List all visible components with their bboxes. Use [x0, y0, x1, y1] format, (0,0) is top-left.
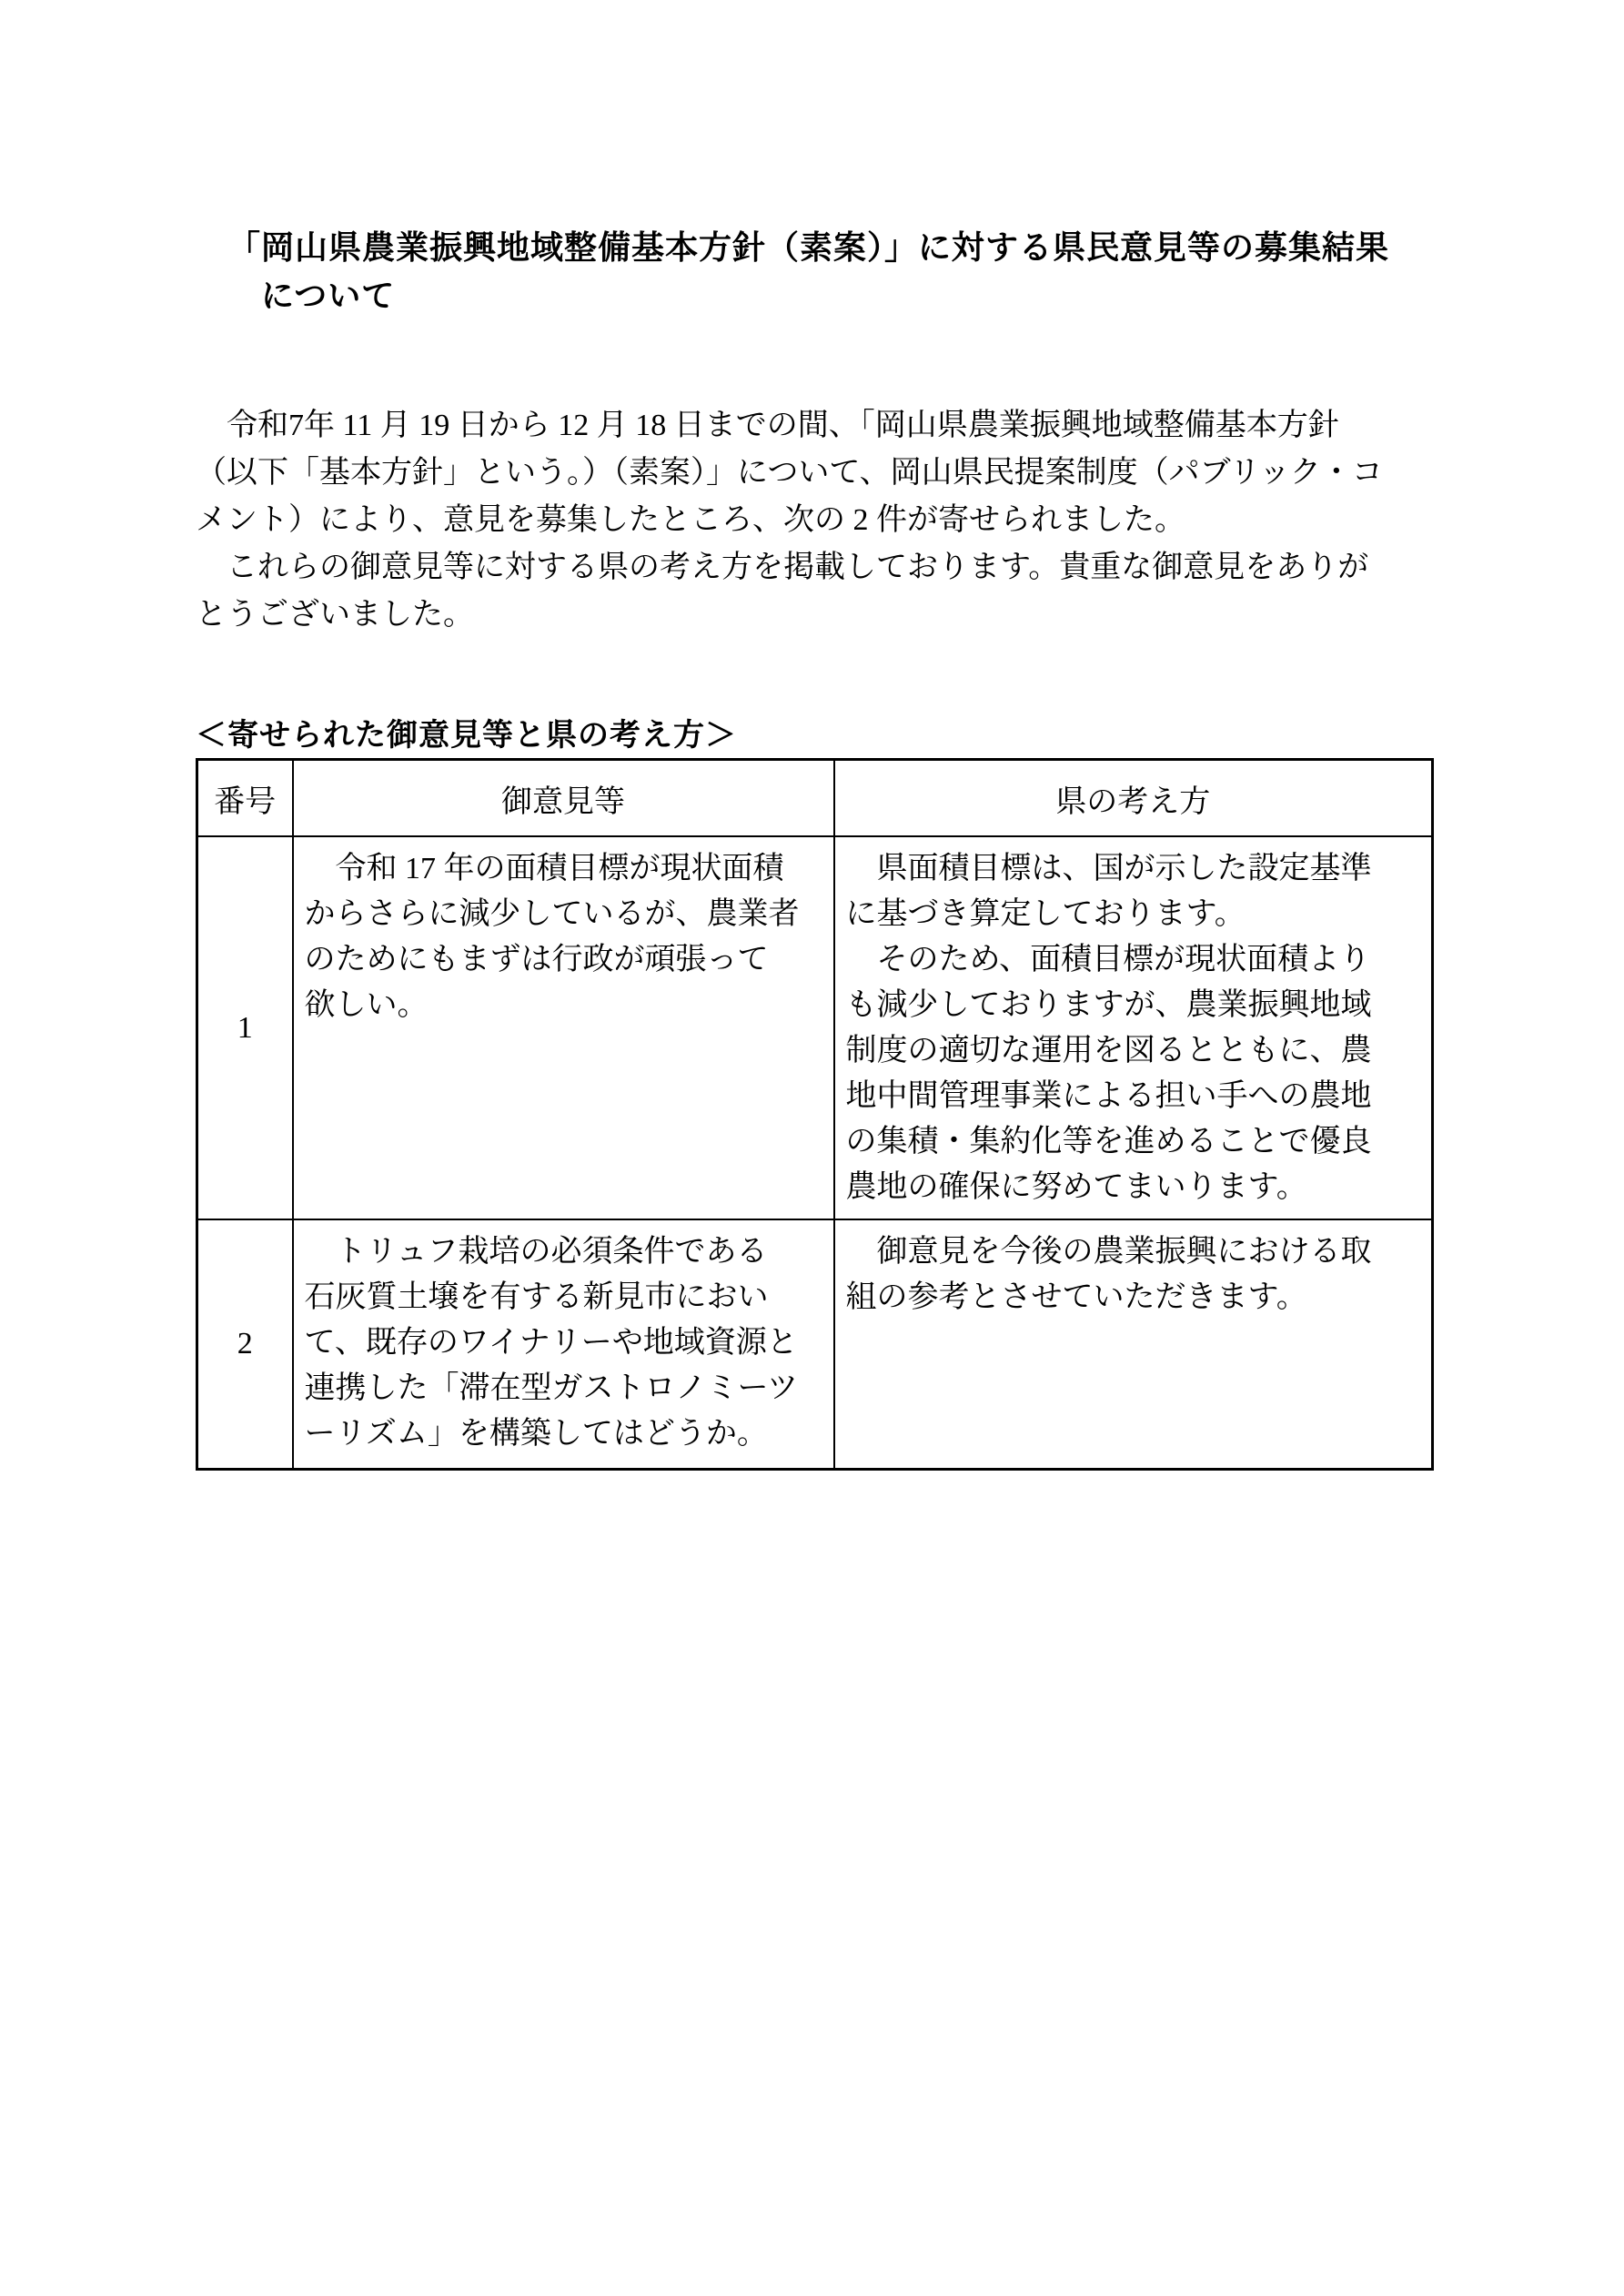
opinion-cell: 令和 17 年の面積目標が現状面積 からさらに減少しているが、農業者 のためにも… [293, 836, 834, 1219]
section-heading: ＜寄せられた御意見等と県の考え方＞ [196, 715, 737, 755]
header-cell-response: 県の考え方 [834, 760, 1433, 837]
document-page: 「岡山県農業振興地域整備基本方針（素案）」に対する県民意見等の募集結果 について… [0, 0, 1624, 2296]
table-header-row: 番号 御意見等 県の考え方 [197, 760, 1433, 837]
opinion-cell: トリュフ栽培の必須条件である 石灰質土壌を有する新見市におい て、既存のワイナリ… [293, 1219, 834, 1469]
table-row: 1 令和 17 年の面積目標が現状面積 からさらに減少しているが、農業者 のため… [197, 836, 1433, 1219]
header-cell-opinion: 御意見等 [293, 760, 834, 837]
document-title: 「岡山県農業振興地域整備基本方針（素案）」に対する県民意見等の募集結果 について [261, 223, 1453, 319]
header-cell-number: 番号 [197, 760, 293, 837]
response-cell: 県面積目標は、国が示した設定基準 に基づき算定しております。 そのため、面積目標… [834, 836, 1433, 1219]
response-cell: 御意見を今後の農業振興における取 組の参考とさせていただきます。 [834, 1219, 1433, 1469]
row-number: 2 [197, 1219, 293, 1469]
intro-paragraph: 令和7年 11 月 19 日から 12 月 18 日までの間、「岡山県農業振興地… [196, 402, 1437, 639]
row-number: 1 [197, 836, 293, 1219]
table-row: 2 トリュフ栽培の必須条件である 石灰質土壌を有する新見市におい て、既存のワイ… [197, 1219, 1433, 1469]
comments-table: 番号 御意見等 県の考え方 1 令和 17 年の面積目標が現状面積 からさらに減… [196, 758, 1434, 1471]
